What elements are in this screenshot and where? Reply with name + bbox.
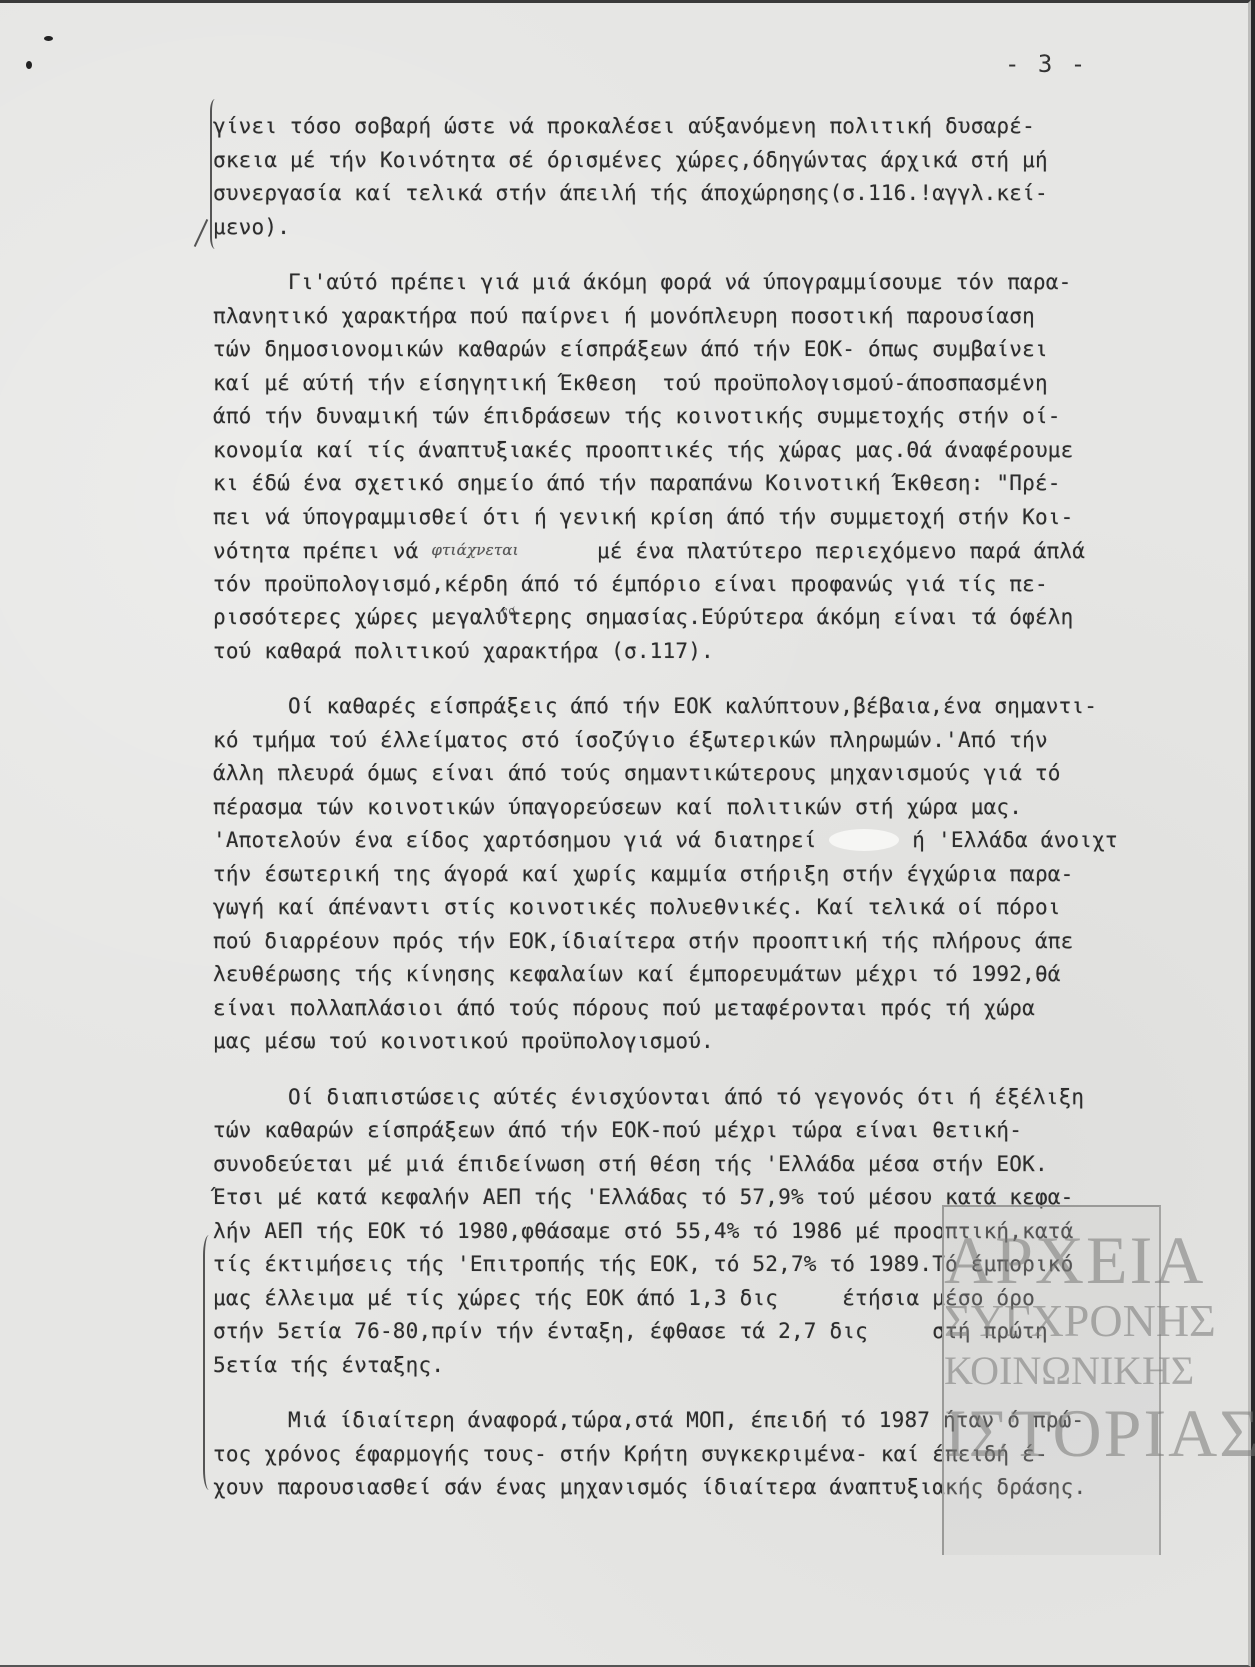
text-line: καί μέ αύτή τήν είσηγητική Έκθεση τού πρ… (213, 367, 1243, 401)
text-line: λευθέρωσης τής κίνησης κεφαλαίων καί έμπ… (213, 958, 1243, 992)
scan-speck (44, 36, 53, 41)
paragraph-gap (213, 668, 1243, 690)
text-line: γωγή καί άπέναντι στίς κοινοτικές πολυεθ… (213, 891, 1243, 925)
text-line: Οί διαπιστώσεις αύτές ένισχύονται άπό τό… (213, 1081, 1243, 1115)
text-line: πλανητικό χαρακτήρα πού παίρνει ή μονόπλ… (213, 300, 1243, 334)
text-line: λήν ΑΕΠ τής ΕΟΚ τό 1980,φθάσαμε στό 55,4… (213, 1215, 1243, 1249)
text-line: κονομία καί τίς άναπτυξιακές προοπτικές … (213, 434, 1243, 468)
text-line: Έτσι μέ κατά κεφαλήν ΑΕΠ τής 'Ελλάδας τό… (213, 1181, 1243, 1215)
document-body: γίνει τόσο σοβαρή ώστε νά προκαλέσει αύξ… (213, 110, 1243, 1505)
text-line: τήν έσωτερική της άγορά καί χωρίς καμμία… (213, 858, 1243, 892)
text-line: Μιά ίδιαίτερη άναφορά,τώρα,στά ΜΟΠ, έπει… (213, 1404, 1243, 1438)
text-line: πει νά ύπογραμμισθεί ότι ή γενική κρίση … (213, 501, 1243, 535)
text-line: τος χρόνος έφαρμογής τους- στήν Κρήτη συ… (213, 1438, 1243, 1472)
margin-mark (194, 219, 208, 247)
paragraph-gap (213, 1059, 1243, 1081)
document-page: - 3 - γίνει τόσο σοβαρή ώστε νά προκαλέσ… (0, 0, 1251, 1667)
text-line: στήν 5ετία 76-80,πρίν τήν ένταξη, έφθασε… (213, 1315, 1243, 1349)
paragraph: Οί διαπιστώσεις αύτές ένισχύονται άπό τό… (213, 1081, 1243, 1383)
text-line: νότητα πρέπει νά φτιάχνεται μέ ένα πλατύ… (213, 534, 1243, 568)
text-line: χουν παρουσιασθεί σάν ένας μηχανισμός ίδ… (213, 1471, 1243, 1505)
text-line: κό τμήμα τού έλλείματος στό ίσοζύγιο έξω… (213, 724, 1243, 758)
text-line: σκεια μέ τήν Κοινότητα σέ όρισμένες χώρε… (213, 144, 1243, 178)
text-line: 'Αποτελούν ένα είδος χαρτόσημου γιά νά δ… (213, 824, 1243, 858)
handwritten-insertion: φτιάχνεται (431, 534, 571, 568)
page-number: - 3 - (1005, 50, 1087, 78)
scan-speck (26, 61, 32, 69)
paragraph: γίνει τόσο σοβαρή ώστε νά προκαλέσει αύξ… (213, 110, 1243, 244)
text-line: τού καθαρά πολιτικού χαρακτήρα (σ.117). (213, 635, 1243, 669)
paragraph: Γι'αύτό πρέπει γιά μιά άκόμη φορά νά ύπο… (213, 266, 1243, 668)
paragraph: Οί καθαρές είσπράξεις άπό τήν ΕΟΚ καλύπτ… (213, 690, 1243, 1059)
paragraph-gap (213, 244, 1243, 266)
text-line: μενο). (213, 211, 1243, 245)
text-line: μας έλλειμα μέ τίς χώρες τής ΕΟΚ άπό 1,3… (213, 1282, 1243, 1316)
text-line: ρισσότερες χώρες μεγαλύτερης σημασίας.Εύ… (213, 601, 1243, 635)
text-line: άλλη πλευρά όμως είναι άπό τούς σημαντικ… (213, 757, 1243, 791)
text-line: συνοδεύεται μέ μιά έπιδείνωση στή θέση τ… (213, 1148, 1243, 1182)
correction-fluid-mark (829, 829, 899, 851)
paragraph: Μιά ίδιαίτερη άναφορά,τώρα,στά ΜΟΠ, έπει… (213, 1404, 1243, 1505)
paragraph-gap (213, 1382, 1243, 1404)
text-line: τών καθαρών είσπράξεων άπό τήν ΕΟΚ-πού μ… (213, 1114, 1243, 1148)
text-line: είναι πολλαπλάσιοι άπό τούς πόρους πού μ… (213, 992, 1243, 1026)
text-line: άπό τήν δυναμική τών έπιδράσεων τής κοιν… (213, 400, 1243, 434)
text-line: Γι'αύτό πρέπει γιά μιά άκόμη φορά νά ύπο… (213, 266, 1243, 300)
text-line: τών δημοσιονομικών καθαρών είσπράξεων άπ… (213, 333, 1243, 367)
text-line: πού διαρρέουν πρός τήν ΕΟΚ,ίδιαίτερα στή… (213, 925, 1243, 959)
text-line: Οί καθαρές είσπράξεις άπό τήν ΕΟΚ καλύπτ… (213, 690, 1243, 724)
text-line: πέρασμα τών κοινοτικών ύπαγορεύσεων καί … (213, 791, 1243, 825)
text-line: συνεργασία καί τελικά στήν άπειλή τής άπ… (213, 177, 1243, 211)
text-line: κι έδώ ένα σχετικό σημείο άπό τήν παραπά… (213, 467, 1243, 501)
text-line: 5ετία τής ένταξης. (213, 1349, 1243, 1383)
text-line: τίς έκτιμήσεις τής 'Επιτροπής τής ΕΟΚ, τ… (213, 1248, 1243, 1282)
text-line: μας μέσω τού κοινοτικού προϋπολογισμού. (213, 1025, 1243, 1059)
text-line: γίνει τόσο σοβαρή ώστε νά προκαλέσει αύξ… (213, 110, 1243, 144)
text-line: τόν προϋπολογισμό,κέρδη άπό τό έμπόριο ε… (213, 568, 1243, 602)
